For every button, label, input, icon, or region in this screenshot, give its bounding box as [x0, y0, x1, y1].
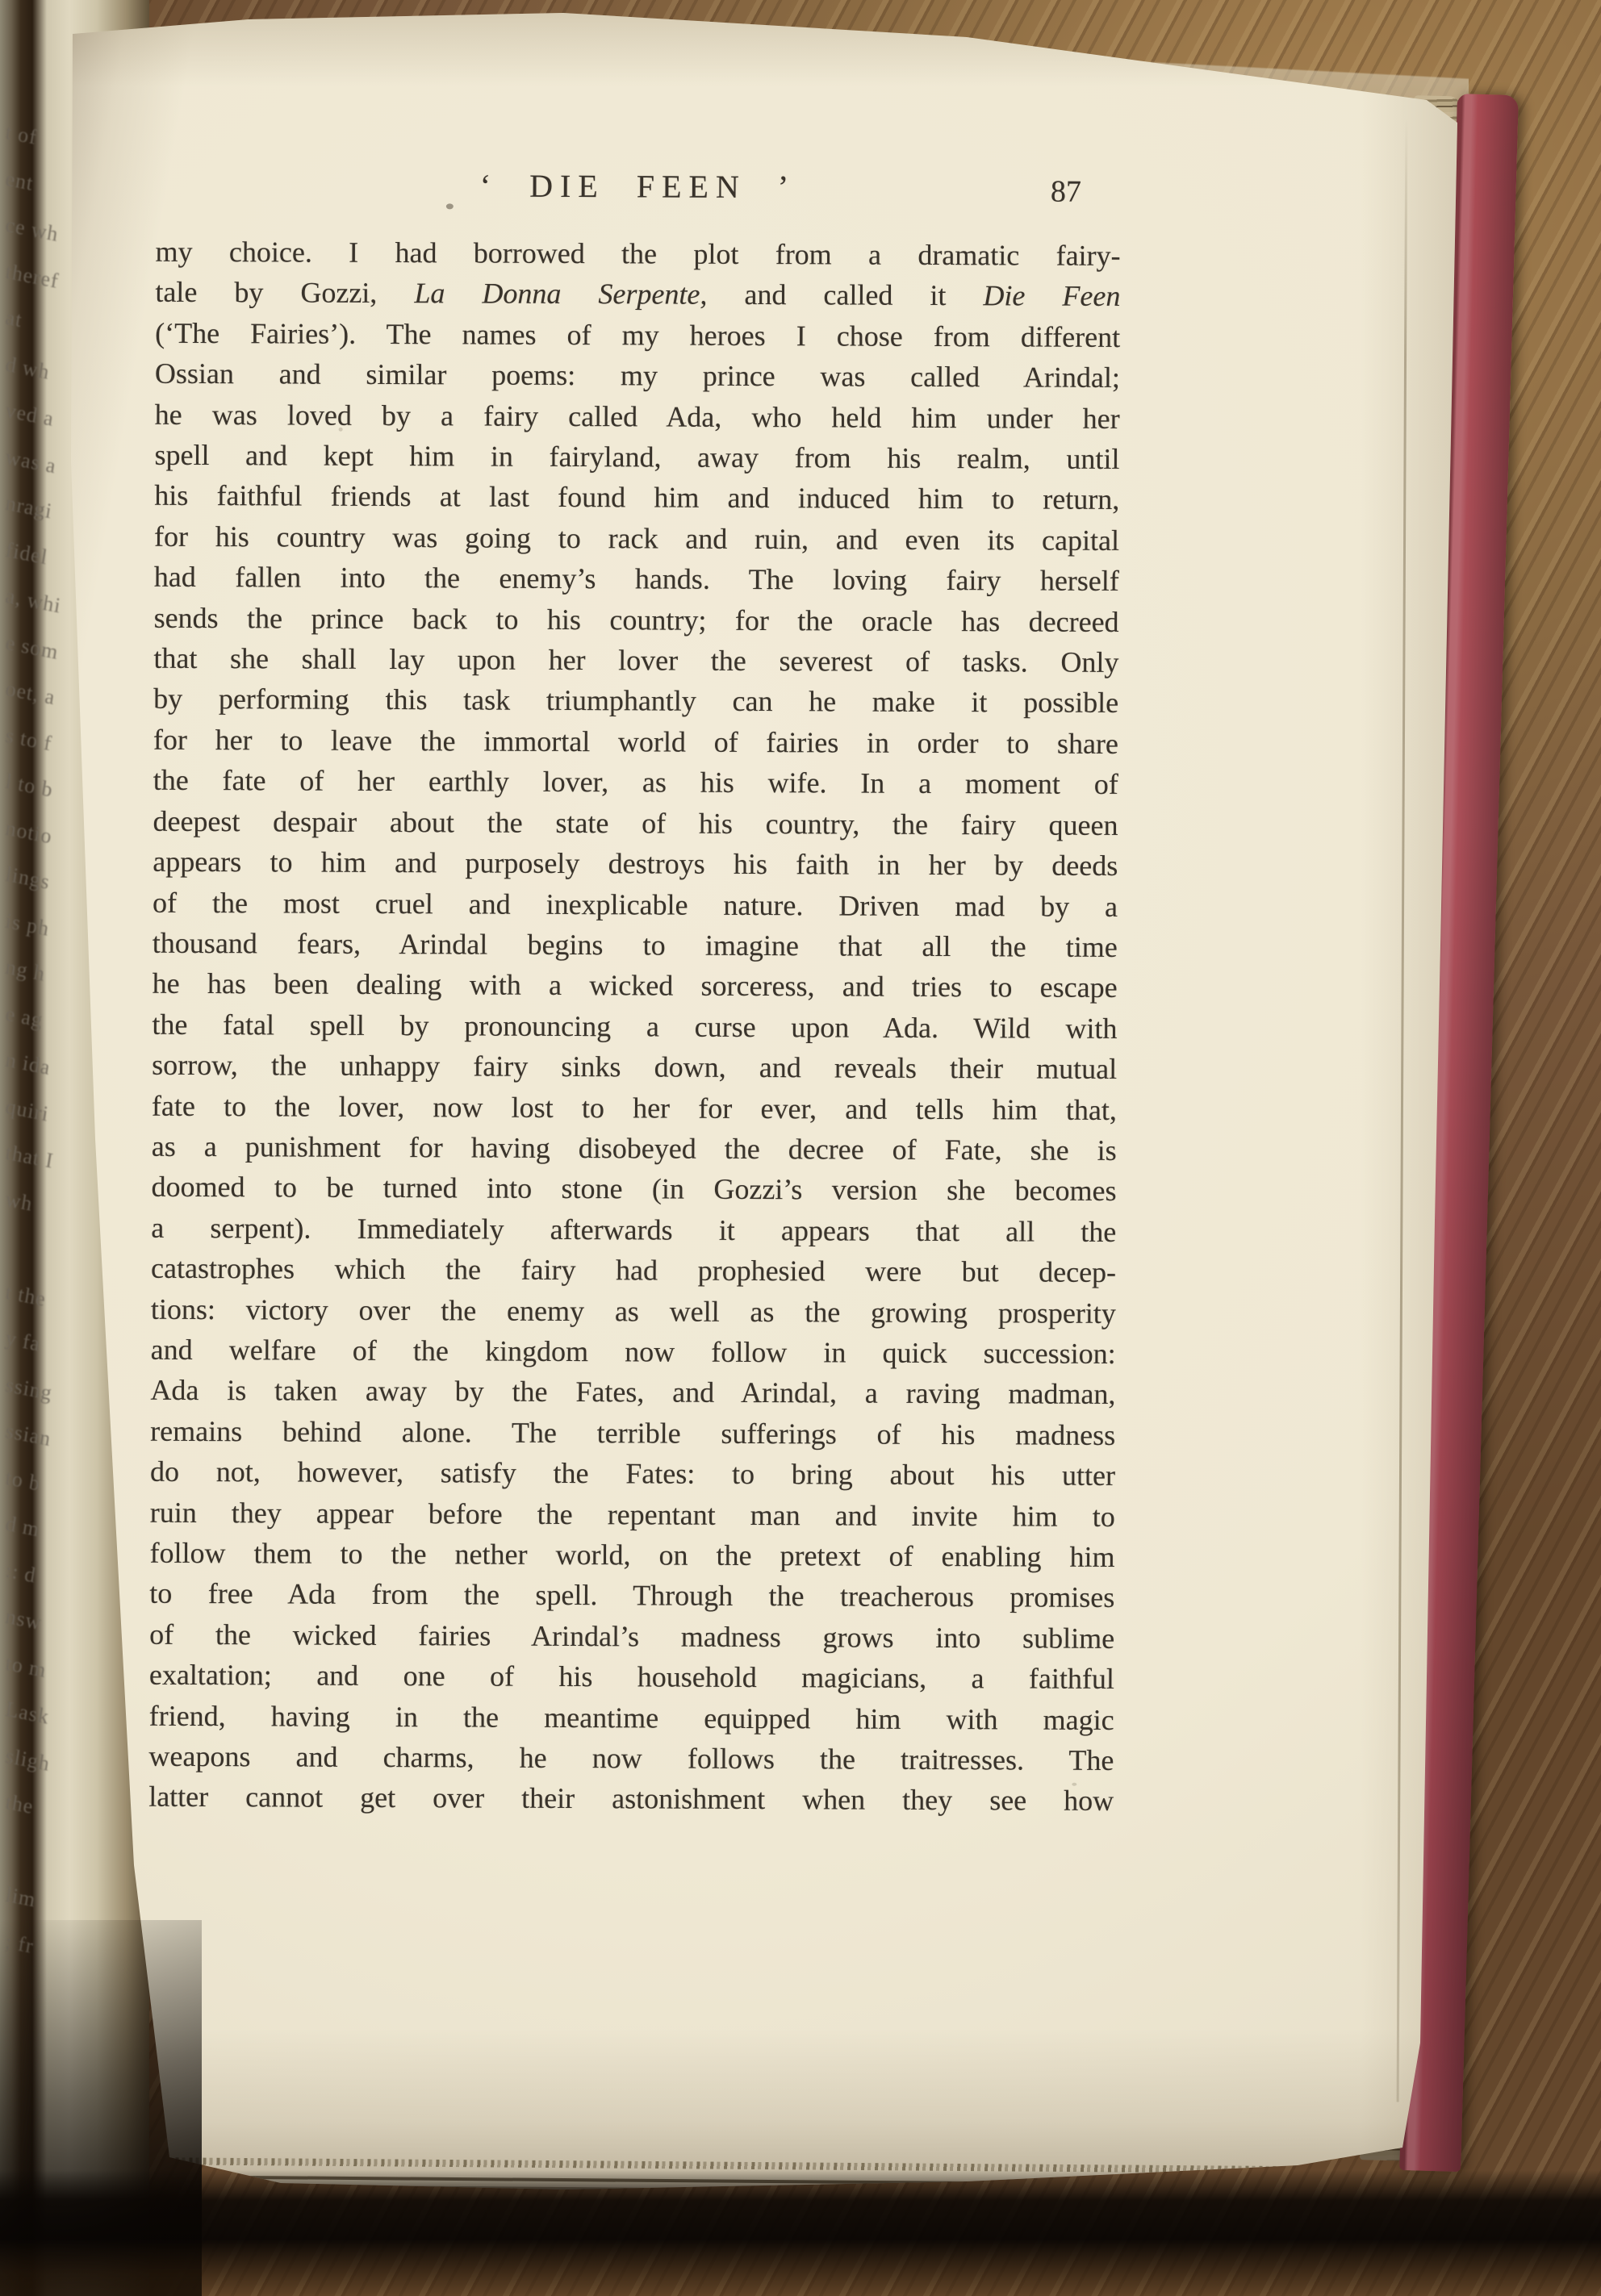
text-line: deepest despair about the state of his c…: [153, 800, 1118, 845]
facing-page-text-fragment: sligh: [4, 1743, 103, 1786]
facing-page-text-fragment: nsw: [4, 1605, 103, 1647]
text-line: remains behind alone. The terrible suffe…: [150, 1411, 1115, 1456]
facing-page-text-fragment: n ida: [4, 1048, 103, 1091]
text-line: had fallen into the enemy’s hands. The l…: [154, 557, 1119, 602]
facing-page-text-fragment: ng h: [4, 955, 103, 998]
text-line: a serpent). Immediately afterwards it ap…: [151, 1208, 1116, 1253]
page-number: 87: [1051, 174, 1081, 210]
text-line: by performing this task triumphantly can…: [153, 678, 1118, 724]
facing-page-text-fragment: that I: [4, 1141, 103, 1183]
text-line: Ada is taken away by the Fates, and Arin…: [150, 1370, 1115, 1415]
paper-speck: [1072, 1783, 1076, 1786]
photo-of-book-page: { "page": { "header": { "title": "\u2018…: [0, 0, 1601, 2296]
text-line: catastrophes which the fairy had prophes…: [151, 1248, 1116, 1293]
facing-page-text-fragment: ssian: [4, 1419, 103, 1462]
book-page: ‘ DIE FEEN ’ 87 my choice. I had borrowe…: [39, 10, 1465, 2198]
facing-page-text-fragment: y fa: [4, 1326, 103, 1369]
text-line: of the wicked fairies Arindal’s madness …: [149, 1614, 1114, 1659]
text-line: of the most cruel and inexplicable natur…: [153, 882, 1118, 927]
text-line: as a punishment for having disobeyed the…: [152, 1126, 1117, 1171]
text-line: he was loved by a fairy called Ada, who …: [155, 394, 1120, 439]
facing-page-text-fragment: to b: [4, 1465, 103, 1508]
facing-page-text-fragment: to m: [4, 1651, 103, 1693]
body-text: my choice. I had borrowed the plot from …: [148, 232, 1121, 1822]
running-head: ‘ DIE FEEN ’ 87: [156, 165, 1120, 215]
text-line: (‘The Fairies’). The names of my heroes …: [155, 313, 1120, 358]
text-line: spell and kept him in fairyland, away fr…: [154, 435, 1119, 480]
facing-page-text-fragment: :: d: [4, 1558, 103, 1601]
facing-page-text-fragment: e ag: [4, 1001, 103, 1044]
paper-speck: [446, 203, 454, 209]
page-crease-line: [1397, 118, 1408, 2102]
text-line: that she shall lay upon her lover the se…: [153, 638, 1118, 683]
text-line: the fatal spell by pronouncing a curse u…: [152, 1004, 1117, 1049]
facing-page-text-fragment: t the: [4, 1279, 103, 1322]
facing-page-text-fragment: lim: [4, 1883, 103, 1926]
text-line: appears to him and purposely destroys hi…: [153, 841, 1118, 887]
facing-page-text-fragment: Lask: [4, 1697, 103, 1740]
text-line: weapons and charms, he now follows the t…: [148, 1736, 1114, 1781]
text-line: ruin they appear before the repentant ma…: [150, 1492, 1115, 1537]
facing-page-text-fragment: ssing: [4, 1372, 103, 1415]
text-line: to free Ada from the spell. Through the …: [149, 1573, 1114, 1618]
text-line: exaltation; and one of his household mag…: [149, 1655, 1114, 1700]
facing-page-text-fragment: the: [4, 1790, 103, 1833]
page-title: ‘ DIE FEEN ’: [156, 165, 1120, 207]
text-line: tions: victory over the enemy as well as…: [151, 1288, 1116, 1334]
text-line: he has been dealing with a wicked sorcer…: [153, 963, 1118, 1008]
text-line: the fate of her earthly lover, as his wi…: [153, 760, 1118, 805]
text-line: friend, having in the meantime equipped …: [149, 1695, 1114, 1740]
bottom-shadow: [0, 2170, 1601, 2296]
text-line: latter cannot get over their astonishmen…: [148, 1776, 1114, 1822]
facing-page-text-fragment: d m: [4, 1512, 103, 1555]
text-line: and welfare of the kingdom now follow in…: [151, 1330, 1116, 1375]
text-line: for his country was going to rack and ru…: [154, 516, 1119, 561]
text-line: do not, however, satisfy the Fates: to b…: [150, 1451, 1115, 1497]
text-line: follow them to the nether world, on the …: [149, 1533, 1114, 1578]
text-line: Ossian and similar poems: my prince was …: [155, 353, 1120, 399]
facing-page-text-fragment: quiri: [4, 1094, 103, 1137]
text-line: fate to the lover, now lost to her for e…: [152, 1085, 1117, 1130]
paper-speck: [339, 428, 343, 432]
text-line: tale by Gozzi, La Donna Serpente, and ca…: [155, 272, 1120, 317]
facing-page-text-fragment: wh: [4, 1187, 103, 1229]
text-line: his faithful friends at last found him a…: [154, 475, 1119, 520]
text-line: doomed to be turned into stone (in Gozzi…: [151, 1167, 1116, 1212]
text-line: for her to leave the immortal world of f…: [153, 720, 1118, 765]
page-surface: ‘ DIE FEEN ’ 87 my choice. I had borrowe…: [34, 6, 1470, 2201]
text-line: sends the prince back to his country; fo…: [154, 597, 1119, 642]
text-line: sorrow, the unhappy fairy sinks down, an…: [152, 1045, 1117, 1090]
text-line: my choice. I had borrowed the plot from …: [155, 232, 1120, 277]
text-line: thousand fears, Arindal begins to imagin…: [153, 923, 1118, 968]
